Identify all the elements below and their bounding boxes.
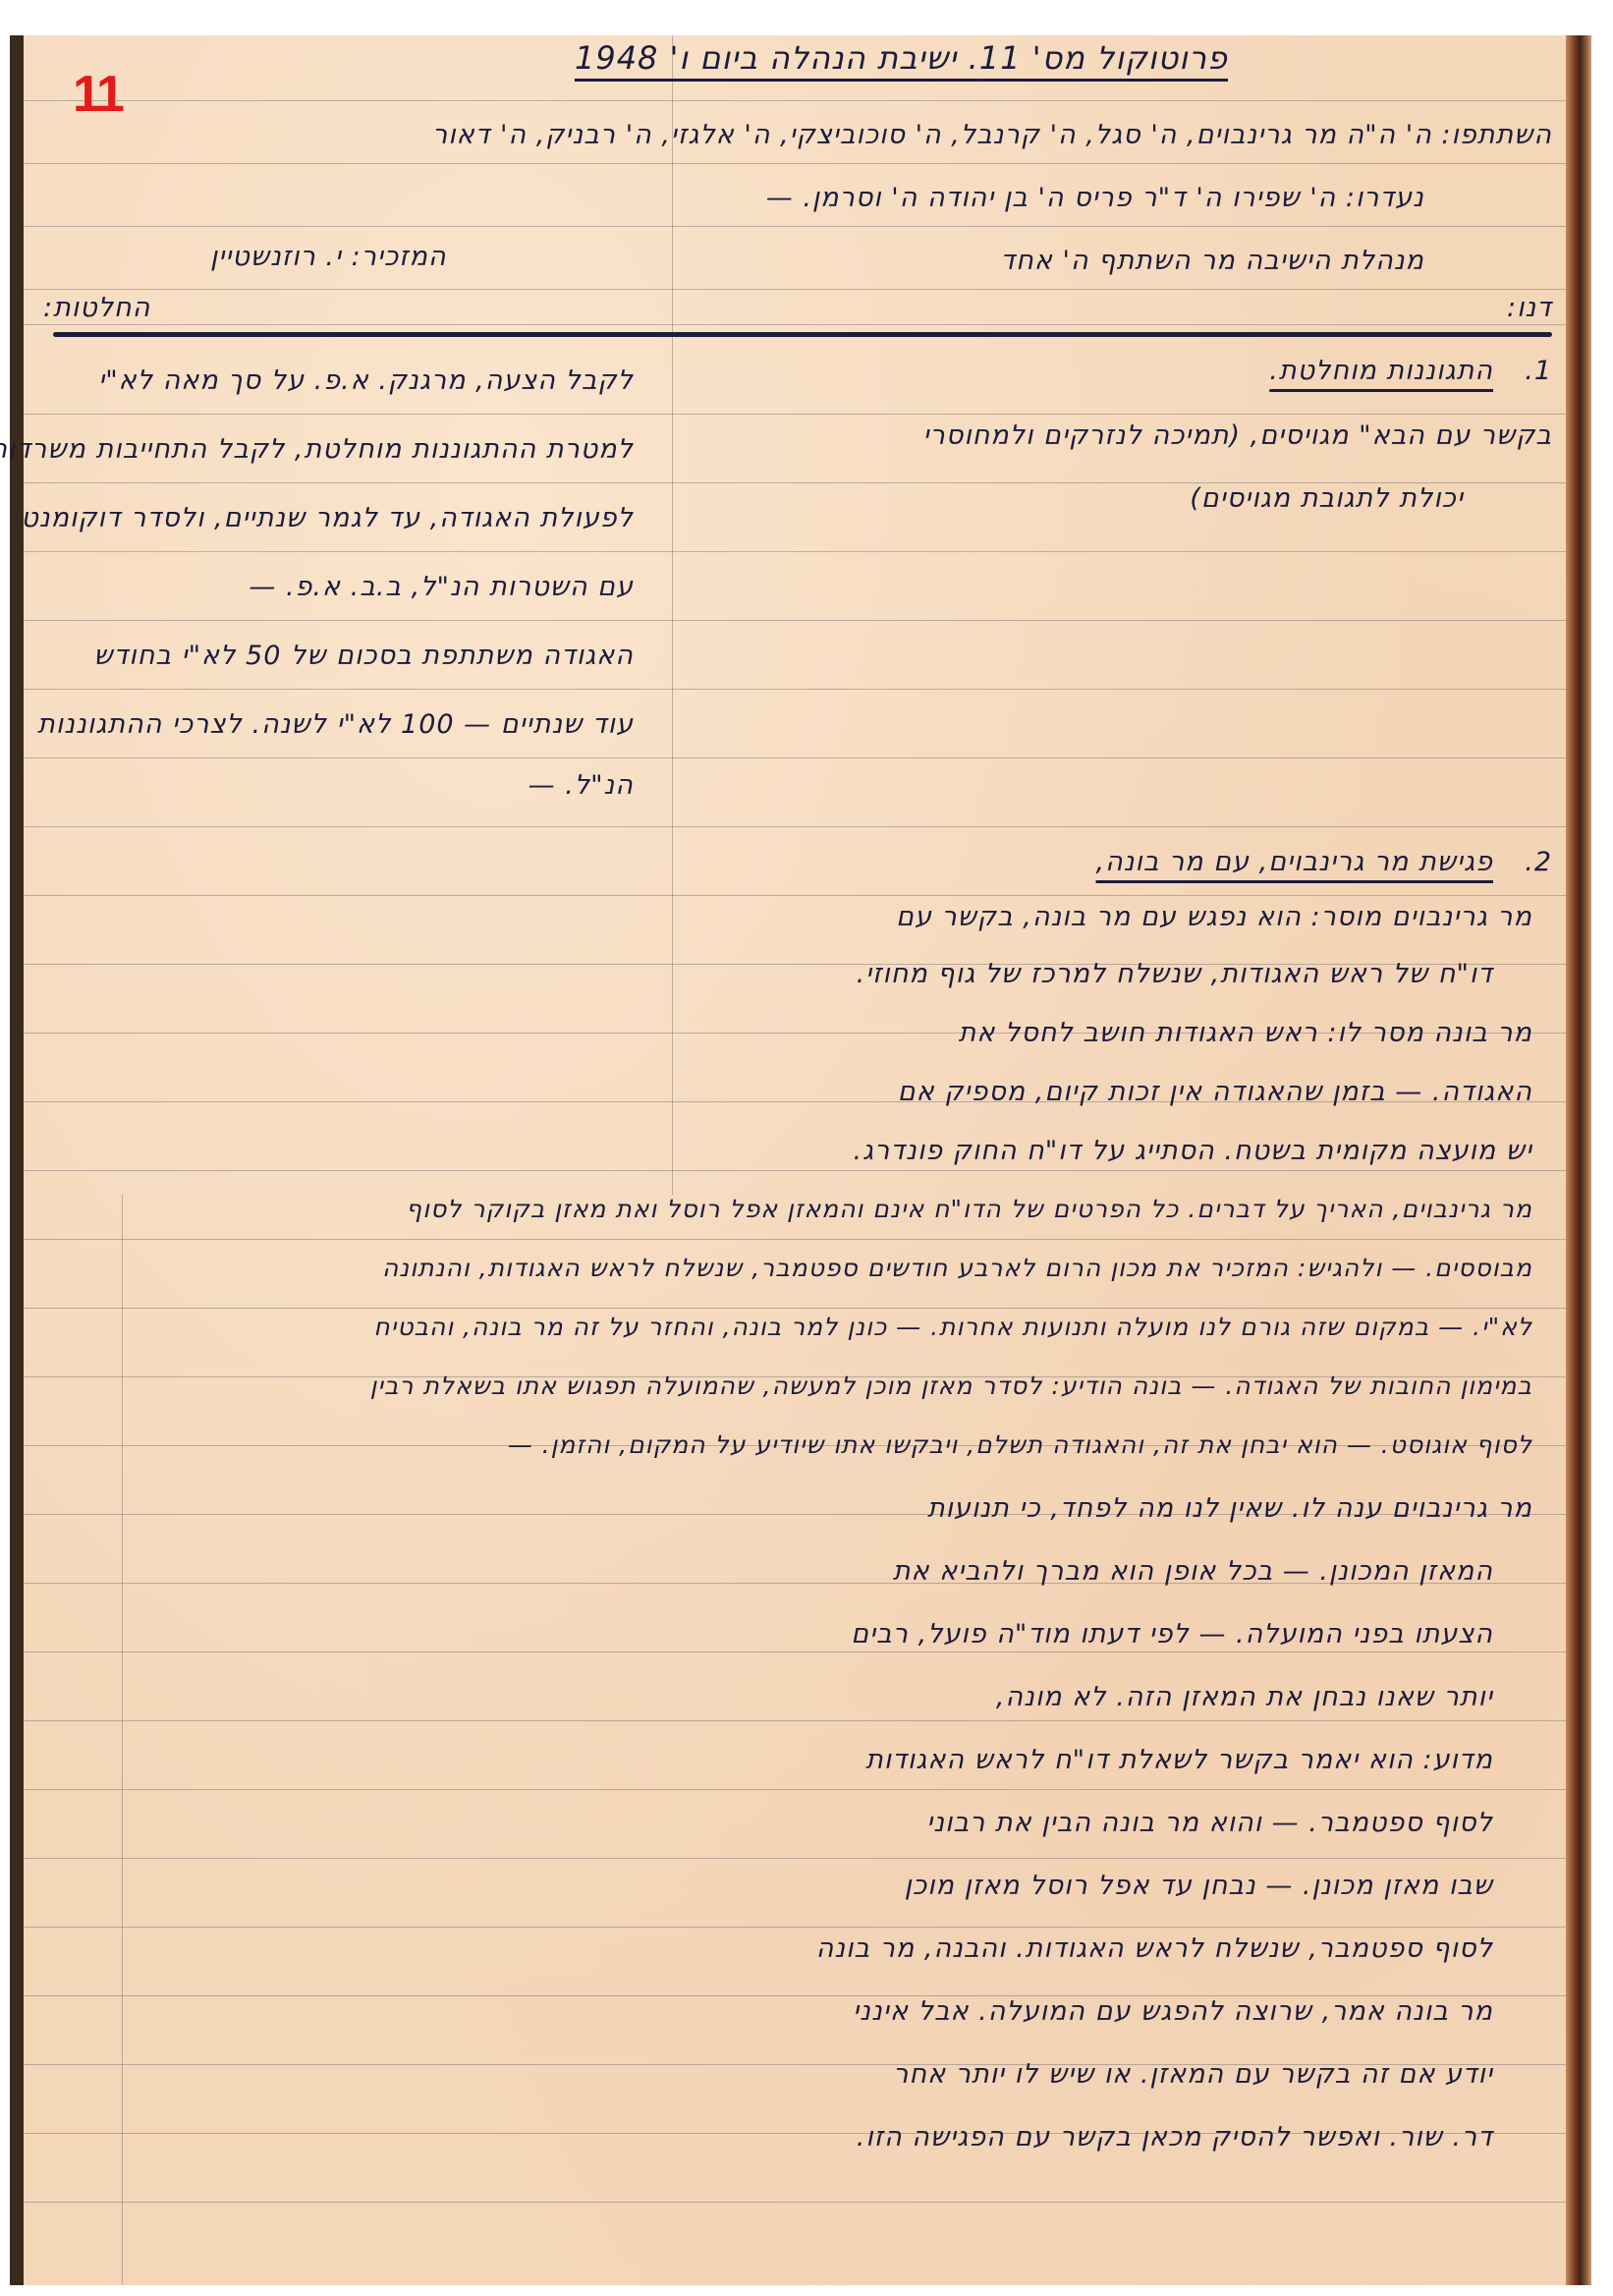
section2-number: 2. xyxy=(1525,847,1552,877)
section1-decision-line: לקבל הצעה, מרגנק. א.פ. על סך מאה לא"י xyxy=(98,365,634,396)
section2-line: מבוססים. — ולהגיש: המזכיר את מכון הרום ל… xyxy=(382,1254,1532,1282)
discussed-label: דנו: xyxy=(1507,293,1552,323)
ruled-line xyxy=(24,324,1566,325)
ruled-line xyxy=(24,1927,1566,1928)
page-number: 11 xyxy=(73,65,123,124)
section2-line: יודע אם זה בקשר עם המאזן. או שיש לו יותר… xyxy=(893,2059,1493,2090)
section2-line: מדוע: הוא יאמר בקשר לשאלת דו"ח לראש האגו… xyxy=(865,1745,1493,1775)
section2-line: מר בונה מסר לו: ראש האגודות חושב לחסל את xyxy=(959,1018,1532,1048)
section2-line: מר גרינבוים ענה לו. שאין לנו מה לפחד, כי… xyxy=(927,1493,1532,1524)
section1-number: 1. xyxy=(1525,356,1552,386)
ruled-line xyxy=(24,1170,1566,1171)
ruled-line xyxy=(24,1308,1566,1309)
section2-line: שבו מאזן מכונן. — נבחן עד אפל רוסל מאזן … xyxy=(905,1871,1493,1901)
section2-line: יותר שאנו נבחן את המאזן הזה. לא מונה, xyxy=(996,1682,1493,1712)
participants-line-1: השתתפו: ה' ה"ה מר גרינבוים, ה' סגל, ה' ק… xyxy=(432,120,1552,150)
column-divider xyxy=(672,35,673,1195)
ruled-line xyxy=(24,1789,1566,1790)
section1-decision-line: למטרת ההתגוננות מוחלטת, לקבל התחייבות מש… xyxy=(0,434,634,465)
ruled-line xyxy=(24,100,1566,101)
page-binding xyxy=(1566,35,1591,2285)
secretary-signature: המזכיר: י. רוזנשטיין xyxy=(210,242,447,272)
section2-line: מר גרינבוים, האריך על דברים. כל הפרטים ש… xyxy=(406,1195,1532,1223)
section2-line: לא"י. — במקום שזה גורם לנו מועלה ותנועות… xyxy=(373,1313,1532,1341)
ruled-line xyxy=(24,1239,1566,1240)
ruled-line xyxy=(24,895,1566,896)
header-divider xyxy=(53,332,1552,337)
section2-line: מר בונה אמר, שרוצה להפגש עם המועלה. אבל … xyxy=(853,1996,1493,2027)
ruled-line xyxy=(24,620,1566,621)
ruled-line xyxy=(24,551,1566,552)
section2-line: הצעתו בפני המועלה. — לפי דעתו מוד"ה פועל… xyxy=(851,1619,1493,1650)
ruled-line xyxy=(24,163,1566,164)
ruled-line xyxy=(24,1720,1566,1721)
protocol-title: פרוטוקול מס' 11. ישיבת הנהלה ביום ו' 194… xyxy=(575,39,1228,77)
ruled-line xyxy=(24,226,1566,227)
ruled-line xyxy=(24,1652,1566,1652)
section2-line: דו"ח של ראש האגודות, שנשלח למרכז של גוף … xyxy=(857,959,1493,989)
ruled-line xyxy=(24,826,1566,827)
section2-line: לסוף אוגוסט. — הוא יבחן את זה, והאגודה ת… xyxy=(508,1430,1532,1459)
ruled-line xyxy=(24,689,1566,690)
margin-line xyxy=(122,1195,123,2285)
section1-heading: התגוננות מוחלטת. xyxy=(1269,356,1493,386)
section2-line: במימון החובות של האגודה. — בונה הודיע: ל… xyxy=(370,1372,1532,1400)
section1-decision-line: עוד שנתיים — 100 לא"י לשנה. לצרכי ההתגונ… xyxy=(37,709,634,740)
ruled-line xyxy=(24,1858,1566,1859)
section1-decision-line: לפעולת האגודה, עד לגמר שנתיים, ולסדר דוק… xyxy=(21,503,634,533)
section2-line: דר. שור. ואפשר להסיק מכאן בקשר עם הפגישה… xyxy=(857,2122,1493,2153)
section2-heading: פגישת מר גרינבוים, עם מר בונה, xyxy=(1095,847,1493,877)
notebook-page: 11 פרוטוקול מס' 11. ישיבת הנהלה ביום ו' … xyxy=(10,35,1591,2285)
section2-line: יש מועצה מקומית בשטח. הסתייג על דו"ח החו… xyxy=(853,1136,1532,1166)
section2-line: האגודה. — בזמן שהאגודה אין זכות קיום, מס… xyxy=(898,1077,1532,1107)
chair-line: מנהלת הישיבה מר השתתף ה' אחד xyxy=(1001,246,1424,276)
section2-line: מר גרינבוים מוסר: הוא נפגש עם מר בונה, ב… xyxy=(896,902,1532,932)
section1-body-line: בקשר עם הבא" מגויסים, (תמיכה לנזרקים ולמ… xyxy=(923,420,1552,451)
section2-line: המאזן המכונן. — בכל אופן הוא מברך ולהביא… xyxy=(893,1556,1493,1587)
ruled-line xyxy=(24,414,1566,415)
ruled-line xyxy=(24,757,1566,758)
section1-decision-line: הנ"ל. — xyxy=(528,770,634,801)
section1-body-line: יכולת לתגובת מגויסים) xyxy=(1190,483,1464,514)
section2-line: לסוף ספטמבר, שנשלח לראש האגודות. והבנה, … xyxy=(816,1933,1493,1964)
participants-line-2: נעדרו: ה' שפירו ה' ד"ר פריס ה' בן יהודה … xyxy=(766,183,1424,213)
ruled-line xyxy=(24,289,1566,290)
section1-decision-line: עם השטרות הנ"ל, ב.ב. א.פ. — xyxy=(249,572,634,602)
section1-decision-line: האגודה משתתפת בסכום של 50 לא"י בחודש xyxy=(94,641,634,671)
ruled-line xyxy=(24,2202,1566,2203)
decisions-label: החלטות: xyxy=(43,293,150,323)
section2-line: לסוף ספטמבר. — והוא מר בונה הבין את רבונ… xyxy=(926,1808,1493,1838)
